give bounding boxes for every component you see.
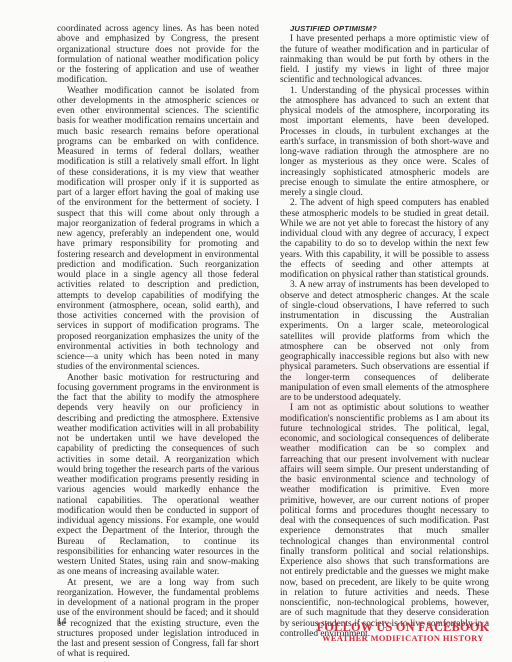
left-column: coordinated across agency lines. As has … (57, 24, 259, 660)
paragraph: I am not as optimistic about solutions t… (280, 403, 489, 639)
paragraph: I have presented perhaps a more optimist… (280, 34, 489, 85)
right-column: JUSTIFIED OPTIMISM? I have presented per… (280, 24, 489, 639)
page-number: 14 (57, 617, 66, 627)
promo-line-1: FOLLOW US ON FACEBOOK (312, 621, 494, 634)
paragraph: At present, we are a long way from such … (57, 578, 259, 660)
paragraph: coordinated across agency lines. As has … (57, 24, 259, 86)
paragraph: Weather modification cannot be isolated … (57, 86, 259, 373)
paragraph: 2. The advent of high speed computers ha… (280, 198, 489, 280)
paragraph: 3. A new array of instruments has been d… (280, 280, 489, 403)
facebook-promo: FOLLOW US ON FACEBOOK WEATHER MODIFICATI… (312, 621, 494, 643)
promo-line-2: WEATHER MODIFICATION HISTORY (312, 634, 494, 643)
paragraph: Another basic motivation for restructuri… (57, 373, 259, 578)
paragraph: 1. Understanding of the physical process… (280, 86, 489, 199)
section-heading: JUSTIFIED OPTIMISM? (280, 24, 489, 34)
